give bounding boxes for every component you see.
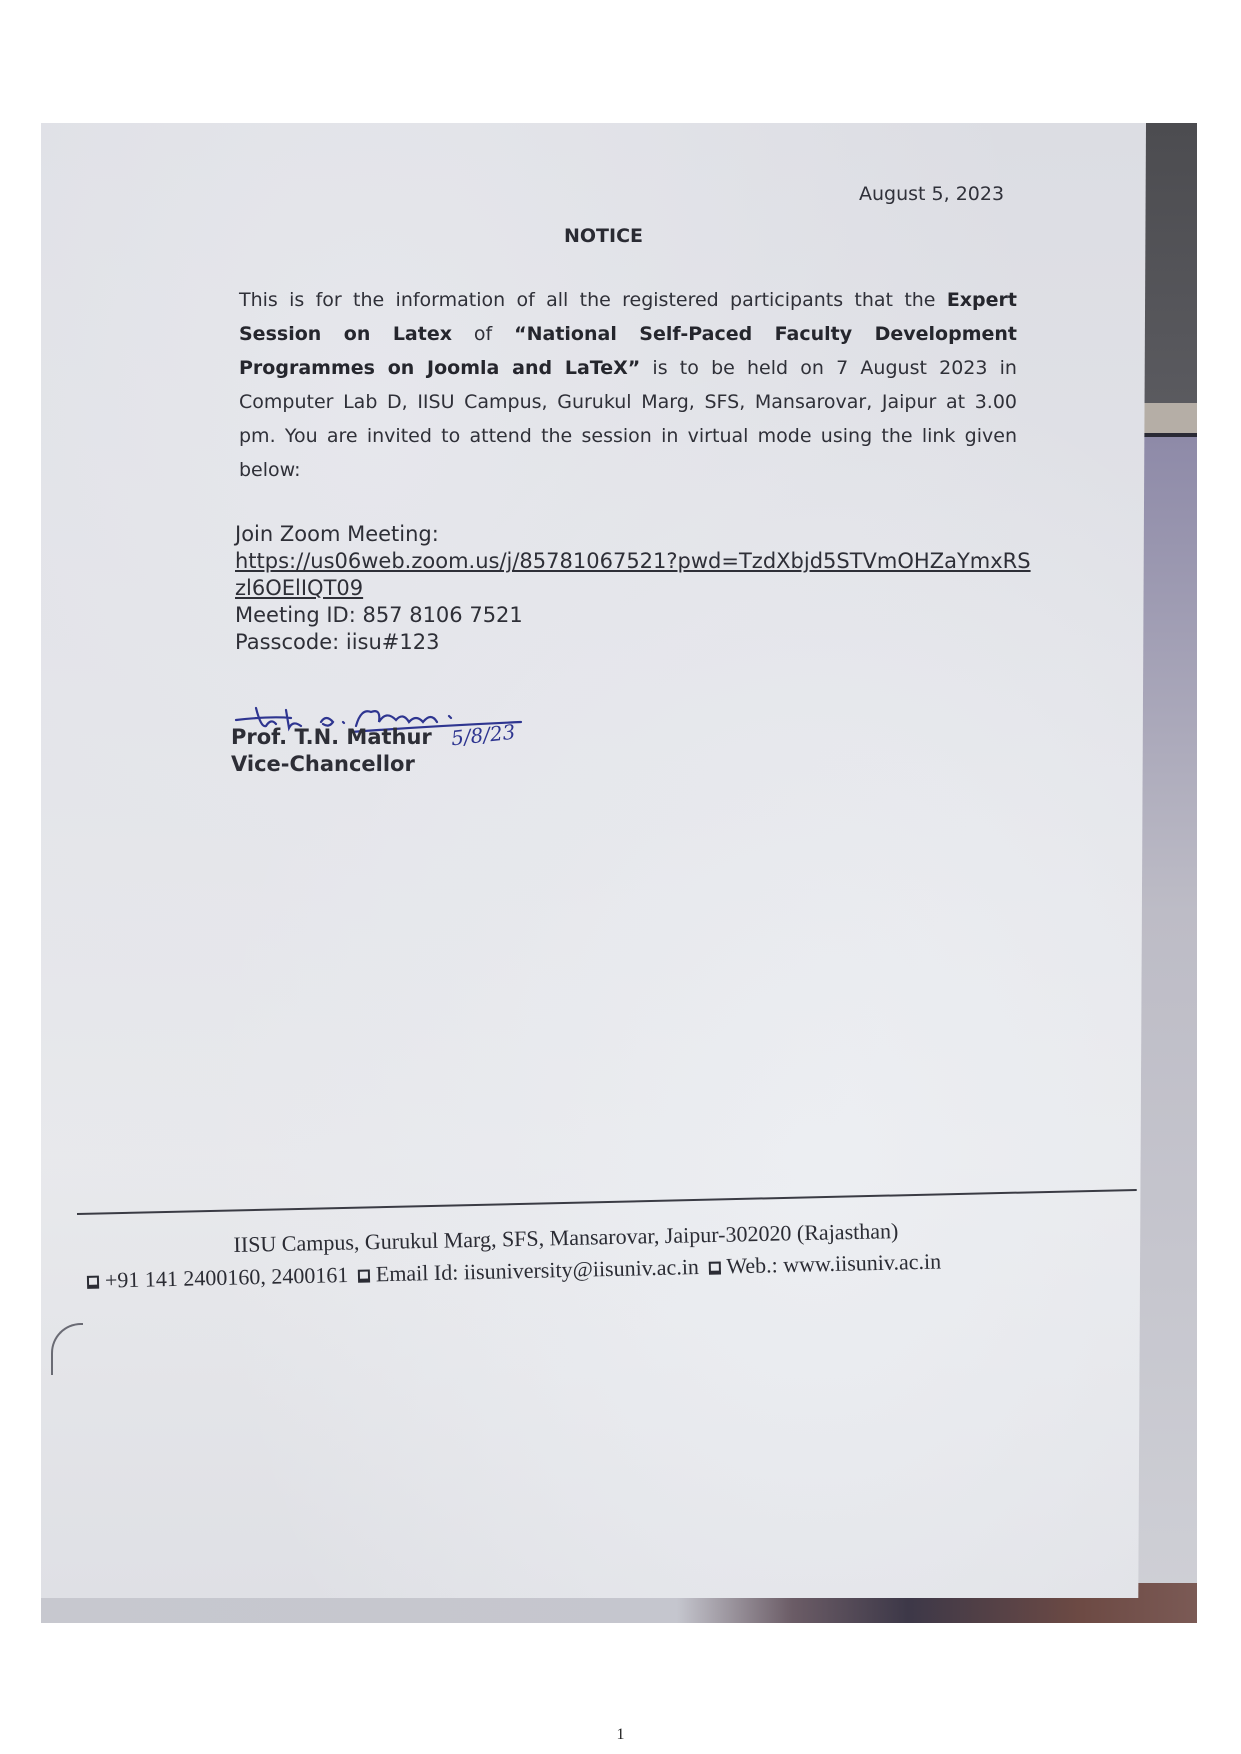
footer-web: Web.: www.iisuniv.ac.in [726, 1249, 941, 1279]
web-bullet-icon [708, 1262, 720, 1275]
notice-date: August 5, 2023 [859, 183, 1004, 205]
signatory-block: Prof. T.N. Mathur Vice-Chancellor [231, 724, 432, 778]
footer-email: Email Id: iisuniversity@iisuniv.ac.in [376, 1254, 700, 1286]
passcode: Passcode: iisu#123 [235, 629, 1035, 656]
zoom-details: Join Zoom Meeting: https://us06web.zoom.… [235, 521, 1035, 656]
notice-heading: NOTICE [41, 225, 1146, 247]
zoom-link[interactable]: https://us06web.zoom.us/j/85781067521?pw… [235, 548, 1035, 602]
signatory-title: Vice-Chancellor [231, 751, 432, 778]
meeting-id: Meeting ID: 857 8106 7521 [235, 602, 1035, 629]
notice-body: This is for the information of all the r… [239, 283, 1017, 487]
body-intro: This is for the information of all the r… [239, 289, 947, 311]
footer-divider [77, 1189, 1137, 1215]
zoom-label: Join Zoom Meeting: [235, 521, 1035, 548]
paper-crease-mark [51, 1323, 83, 1375]
footer-phone: +91 141 2400160, 2400161 [105, 1262, 349, 1293]
body-of: of [452, 323, 514, 345]
page-number: 1 [0, 1726, 1241, 1744]
phone-bullet-icon [87, 1276, 99, 1289]
notice-paper: August 5, 2023 NOTICE This is for the in… [41, 123, 1146, 1598]
handwritten-date: 5/8/23 [450, 720, 517, 751]
signatory-name: Prof. T.N. Mathur [231, 724, 432, 751]
scanned-notice-photo: August 5, 2023 NOTICE This is for the in… [41, 123, 1197, 1623]
email-bullet-icon [358, 1269, 370, 1282]
